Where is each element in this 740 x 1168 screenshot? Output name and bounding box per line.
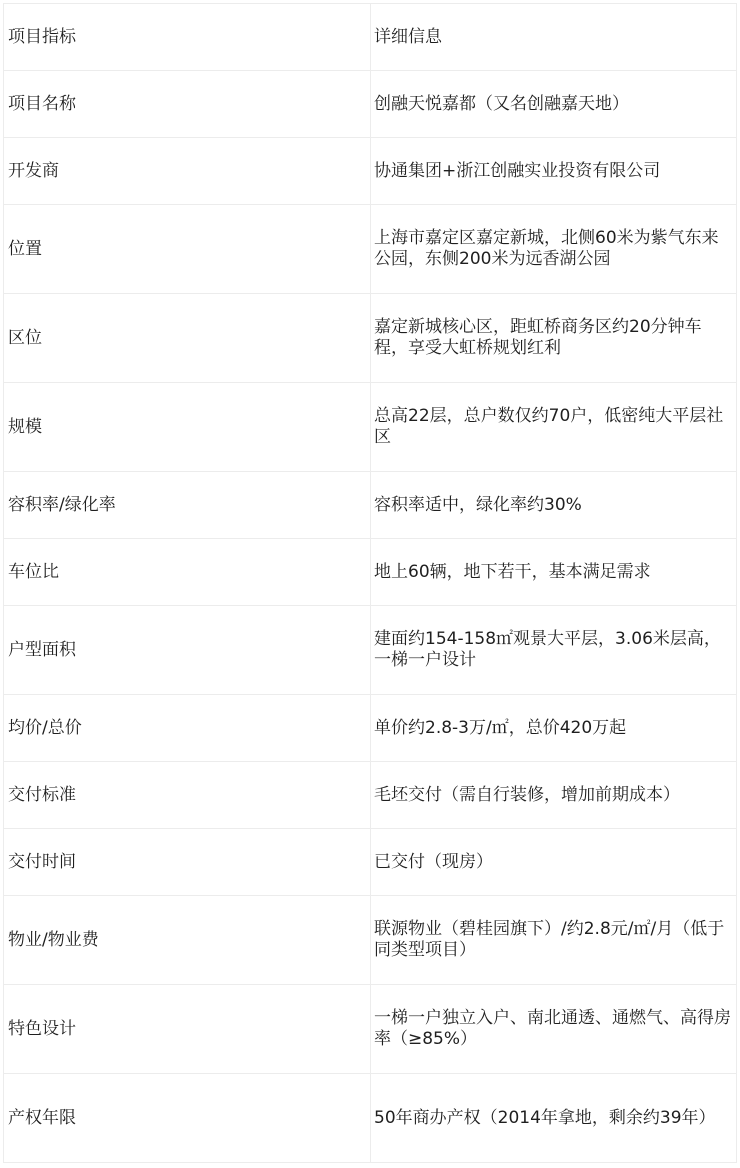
row-value-features: 一梯一户独立入户、南北通透、通燃气、高得房率（≥85%） xyxy=(371,985,737,1074)
header-cell-indicator: 项目指标 xyxy=(4,4,371,71)
table-row: 交付时间 已交付（现房） xyxy=(4,829,737,896)
row-value-developer: 协通集团+浙江创融实业投资有限公司 xyxy=(371,138,737,205)
table-row: 交付标准 毛坯交付（需自行装修，增加前期成本） xyxy=(4,762,737,829)
row-key-features: 特色设计 xyxy=(4,985,371,1074)
row-key-location: 位置 xyxy=(4,205,371,294)
row-value-property-rights: 50年商办产权（2014年拿地，剩余约39年） xyxy=(371,1074,737,1163)
row-value-delivery-time: 已交付（现房） xyxy=(371,829,737,896)
row-value-project-name: 创融天悦嘉都（又名创融嘉天地） xyxy=(371,71,737,138)
row-value-price: 单价约2.8-3万/㎡，总价420万起 xyxy=(371,695,737,762)
row-key-property-management: 物业/物业费 xyxy=(4,896,371,985)
row-key-unit-area: 户型面积 xyxy=(4,606,371,695)
row-key-delivery-time: 交付时间 xyxy=(4,829,371,896)
table-row: 区位 嘉定新城核心区，距虹桥商务区约20分钟车程，享受大虹桥规划红利 xyxy=(4,294,737,383)
table-row: 开发商 协通集团+浙江创融实业投资有限公司 xyxy=(4,138,737,205)
row-key-scale: 规模 xyxy=(4,383,371,472)
table-row: 规模 总高22层，总户数仅约70户，低密纯大平层社区 xyxy=(4,383,737,472)
project-info-table: 项目指标 详细信息 项目名称 创融天悦嘉都（又名创融嘉天地） 开发商 协通集团+… xyxy=(3,3,737,1163)
row-value-location: 上海市嘉定区嘉定新城，北侧60米为紫气东来公园，东侧200米为远香湖公园 xyxy=(371,205,737,294)
row-key-delivery-standard: 交付标准 xyxy=(4,762,371,829)
row-key-property-rights: 产权年限 xyxy=(4,1074,371,1163)
table-row: 车位比 地上60辆，地下若干，基本满足需求 xyxy=(4,539,737,606)
row-key-plot-green-ratio: 容积率/绿化率 xyxy=(4,472,371,539)
table-row: 容积率/绿化率 容积率适中，绿化率约30% xyxy=(4,472,737,539)
table-row: 产权年限 50年商办产权（2014年拿地，剩余约39年） xyxy=(4,1074,737,1163)
project-info-table-container: 项目指标 详细信息 项目名称 创融天悦嘉都（又名创融嘉天地） 开发商 协通集团+… xyxy=(3,3,737,1163)
row-key-project-name: 项目名称 xyxy=(4,71,371,138)
table-row: 户型面积 建面约154-158㎡观景大平层，3.06米层高，一梯一户设计 xyxy=(4,606,737,695)
row-value-plot-green-ratio: 容积率适中，绿化率约30% xyxy=(371,472,737,539)
table-row: 特色设计 一梯一户独立入户、南北通透、通燃气、高得房率（≥85%） xyxy=(4,985,737,1074)
row-value-district: 嘉定新城核心区，距虹桥商务区约20分钟车程，享受大虹桥规划红利 xyxy=(371,294,737,383)
row-value-property-management: 联源物业（碧桂园旗下）/约2.8元/㎡/月（低于同类型项目） xyxy=(371,896,737,985)
row-value-scale: 总高22层，总户数仅约70户，低密纯大平层社区 xyxy=(371,383,737,472)
table-header-row: 项目指标 详细信息 xyxy=(4,4,737,71)
row-value-parking-ratio: 地上60辆，地下若干，基本满足需求 xyxy=(371,539,737,606)
row-key-price: 均价/总价 xyxy=(4,695,371,762)
row-value-delivery-standard: 毛坯交付（需自行装修，增加前期成本） xyxy=(371,762,737,829)
table-row: 物业/物业费 联源物业（碧桂园旗下）/约2.8元/㎡/月（低于同类型项目） xyxy=(4,896,737,985)
row-key-developer: 开发商 xyxy=(4,138,371,205)
table-row: 位置 上海市嘉定区嘉定新城，北侧60米为紫气东来公园，东侧200米为远香湖公园 xyxy=(4,205,737,294)
table-row: 均价/总价 单价约2.8-3万/㎡，总价420万起 xyxy=(4,695,737,762)
row-key-parking-ratio: 车位比 xyxy=(4,539,371,606)
row-value-unit-area: 建面约154-158㎡观景大平层，3.06米层高，一梯一户设计 xyxy=(371,606,737,695)
row-key-district: 区位 xyxy=(4,294,371,383)
table-row: 项目名称 创融天悦嘉都（又名创融嘉天地） xyxy=(4,71,737,138)
header-cell-details: 详细信息 xyxy=(371,4,737,71)
